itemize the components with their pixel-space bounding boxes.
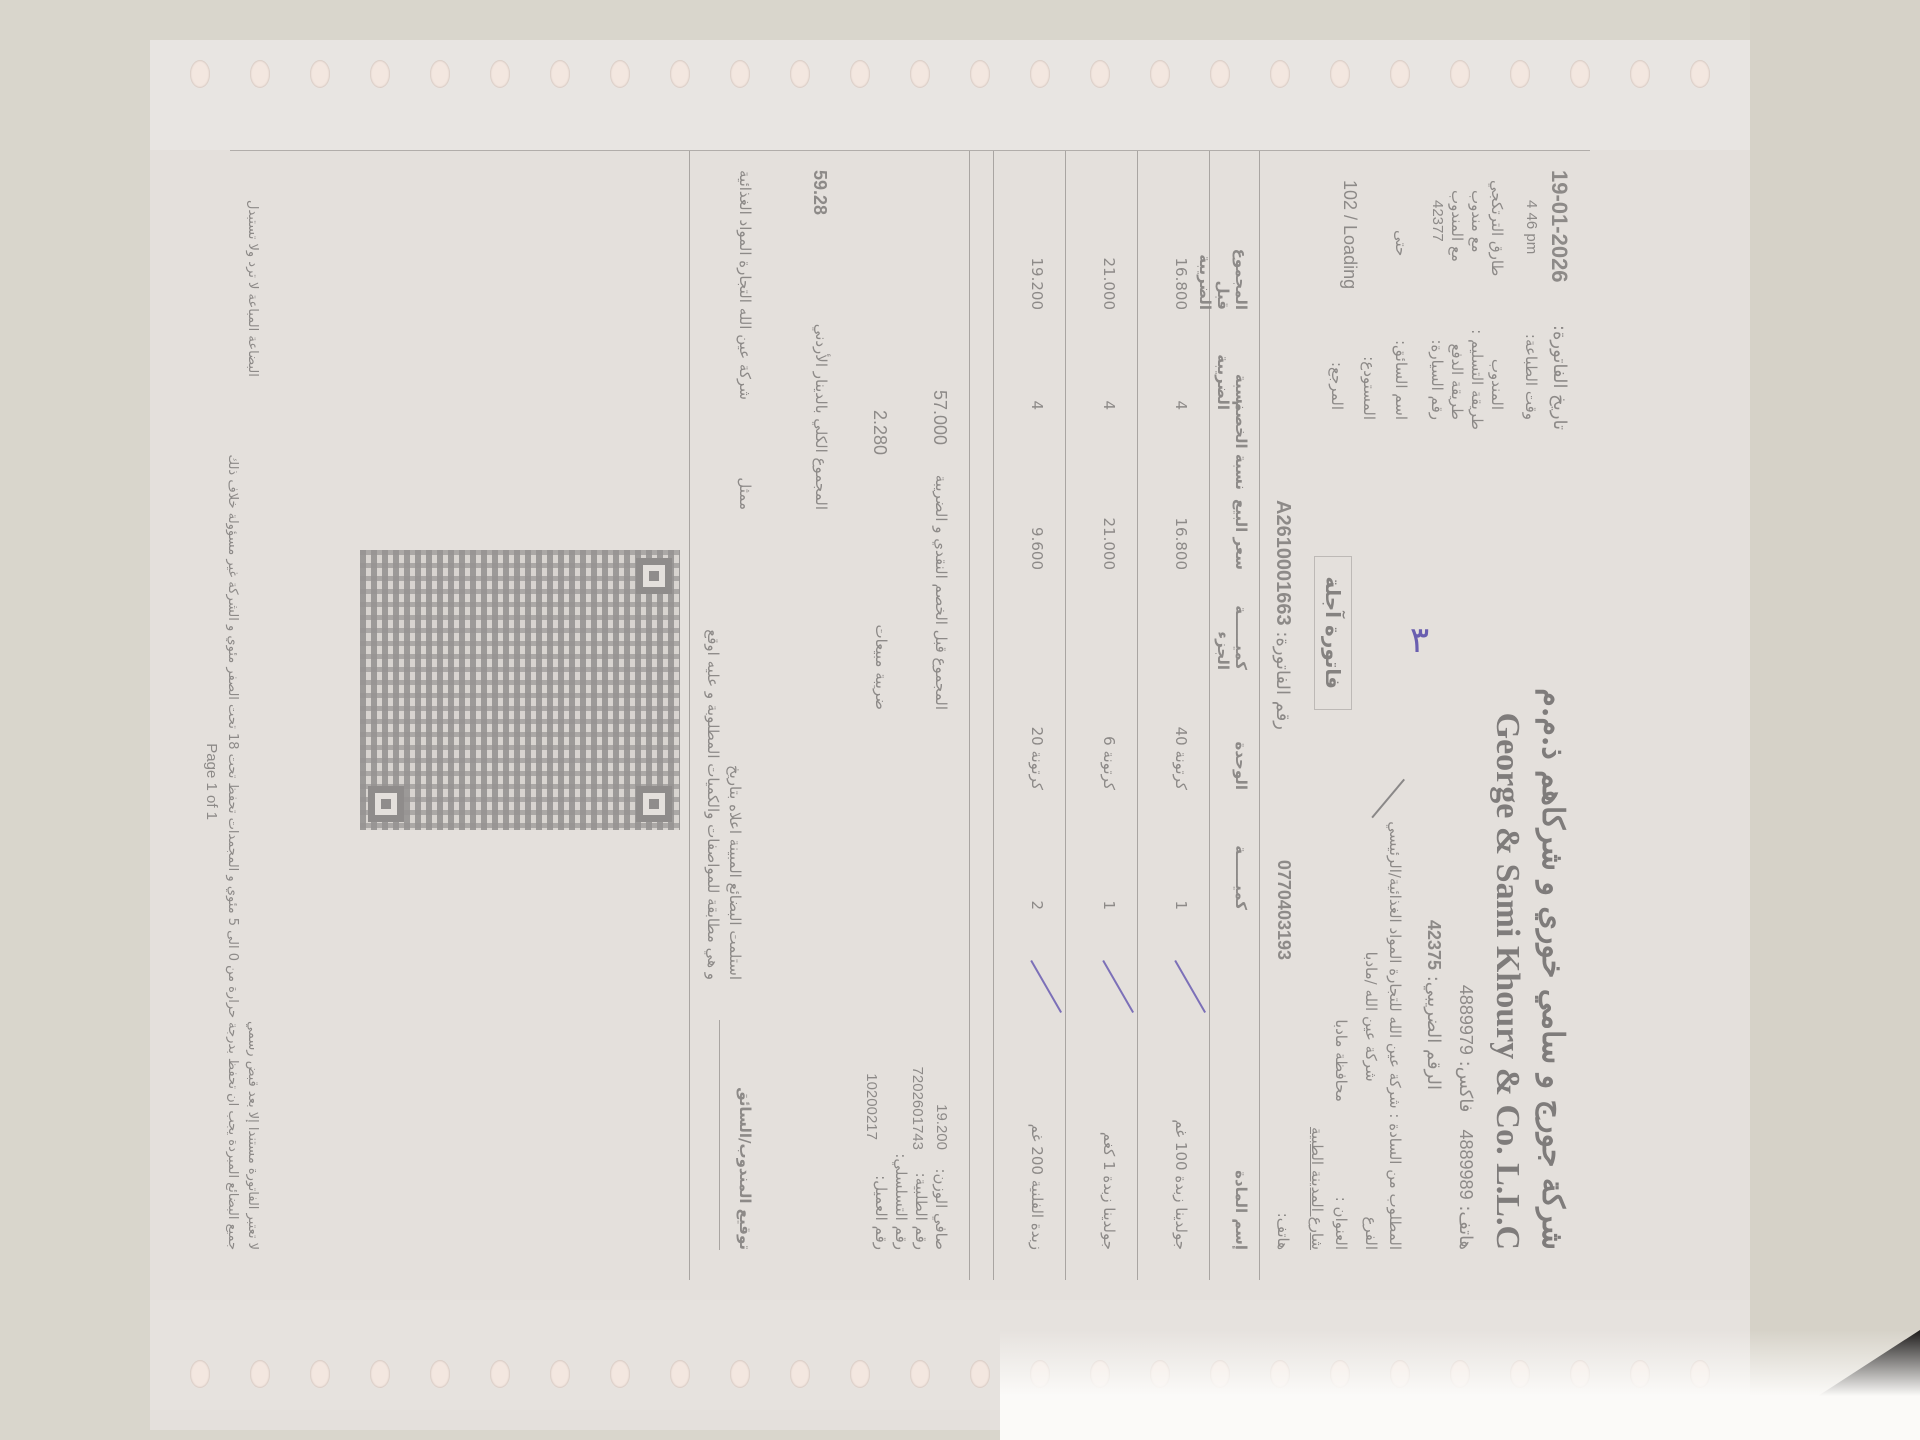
received-text-2: و هي مطابقة للمواصفات والكميات المطلوبة … <box>704 629 722 980</box>
background-wall <box>1750 0 1920 1440</box>
table-top-border <box>1259 150 1260 1280</box>
tractor-hole <box>610 60 630 88</box>
company-fax: 4889979 <box>1456 985 1476 1055</box>
client-no-label: رقم العميل: <box>872 1175 890 1250</box>
sequence-label: رقم التسلسلي: <box>892 1153 910 1250</box>
net-weight-label: صافي الوزن: <box>932 1168 950 1250</box>
cell-total-before-tax: 21.000 <box>1100 258 1118 311</box>
grand-total-label: المجموع الكلي بالدينار الأردني <box>812 324 830 510</box>
driver-label: اسم السائق: <box>1392 340 1410 420</box>
pen-checkmark <box>1174 960 1206 1013</box>
tractor-hole <box>730 60 750 88</box>
payment-method-label: طريقة الدفع <box>1448 343 1466 420</box>
cell-quantity: 1 <box>1172 900 1190 910</box>
tractor-hole <box>490 1360 510 1388</box>
tractor-hole <box>1690 60 1710 88</box>
vehicle-number: 42377 <box>1429 200 1446 242</box>
invoice-date: 19-01-2026 <box>1546 170 1572 283</box>
cell-item-name: جولدينا زبدة 1 كغم <box>1100 1132 1118 1250</box>
tractor-hole <box>850 60 870 88</box>
column-header-quantity: كميــــــة <box>1232 820 1250 910</box>
payment-method: مع المندوب <box>1448 190 1466 262</box>
qr-finder <box>636 786 672 822</box>
tractor-hole <box>910 60 930 88</box>
customer-phone-label: هاتف: <box>1274 1213 1292 1250</box>
warehouse: 102 / Loading <box>1339 180 1360 289</box>
cell-quantity: 2 <box>1028 900 1046 910</box>
tractor-hole <box>1090 60 1110 88</box>
tractor-hole <box>970 1360 990 1388</box>
tractor-hole <box>550 60 570 88</box>
cell-price: 9.600 <box>1028 527 1046 570</box>
column-header-part-qty: كميــــــة الجزء <box>1214 580 1250 670</box>
tractor-hole <box>430 1360 450 1388</box>
cell-total-before-tax: 19.200 <box>1028 258 1046 311</box>
handwritten-mark: ٣ <box>1410 620 1429 661</box>
delivery-method: مع مندوب <box>1468 190 1486 253</box>
tractor-hole <box>1510 60 1530 88</box>
fax-label: فاكس: <box>1455 1061 1476 1113</box>
tractor-hole <box>1630 60 1650 88</box>
footer-note-2: جميع البضائع المبردة يجب ان تحفظ بدرجة ح… <box>225 454 240 1250</box>
tractor-hole <box>1030 60 1050 88</box>
tractor-hole <box>1390 60 1410 88</box>
tractor-hole <box>370 60 390 88</box>
cell-unit: كرتونة 6 <box>1100 736 1118 790</box>
column-header-discount-rate: نسبة الخصم <box>1232 400 1250 490</box>
tractor-hole <box>1210 60 1230 88</box>
tractor-hole <box>1330 60 1350 88</box>
order-no-label: رقم الطلبية: <box>912 1173 930 1250</box>
invoice-type-badge: فاتورة آجلة <box>1314 556 1352 711</box>
tractor-strip-top <box>150 40 1750 150</box>
row-divider <box>993 150 994 1280</box>
tractor-hole <box>1150 60 1170 88</box>
tractor-hole <box>910 1360 930 1388</box>
cell-price: 16.800 <box>1172 518 1190 571</box>
tractor-hole <box>250 60 270 88</box>
cell-price: 21.000 <box>1100 518 1118 571</box>
tractor-hole <box>670 1360 690 1388</box>
invoice-number-value: A2610001663 <box>1272 500 1294 626</box>
grand-total: 59.28 <box>809 170 830 215</box>
invoice-number-label: رقم الفاتورة: <box>1272 631 1293 730</box>
cell-total-before-tax: 16.800 <box>1172 258 1190 311</box>
tractor-hole <box>190 1360 210 1388</box>
branch: الفرع شركة عين الله /مادبا <box>1362 952 1380 1250</box>
customer-sign-label: شركة عين الله التجارة المواد الغذائية <box>736 170 754 400</box>
company-name-en: George & Sami Khoury & Co. L.L.C <box>1488 713 1526 1250</box>
tractor-hole <box>790 60 810 88</box>
reference-label: المرجع: <box>1328 362 1346 410</box>
tractor-hole <box>190 60 210 88</box>
invoice-date-label: تاريخ الفاتورة: <box>1549 325 1570 430</box>
tractor-hole <box>970 60 990 88</box>
print-time-label: وقت الطباعة: <box>1522 334 1540 420</box>
salesman: طارق الترتكجي <box>1488 180 1506 276</box>
requested-from: المطلوب من السادة : شركة عين الله للتجار… <box>1386 821 1404 1250</box>
print-time: 4 46 pm <box>1523 200 1540 254</box>
tractor-hole <box>730 1360 750 1388</box>
tractor-hole <box>790 1360 810 1388</box>
address-label: العنوان : <box>1332 1197 1350 1250</box>
cell-unit: كرتونة 20 <box>1028 727 1046 790</box>
tractor-hole <box>610 1360 630 1388</box>
company-contact: هاتف: 4889989 فاكس: 4889979 <box>1455 985 1476 1250</box>
driver: حتى <box>1392 230 1410 256</box>
requested-from-label: المطلوب من السادة : <box>1386 1113 1404 1250</box>
tractor-hole <box>850 1360 870 1388</box>
tax-number: الرقم الضريبي: 42375 <box>1423 920 1444 1090</box>
tractor-hole <box>1270 60 1290 88</box>
tax-number-value: 42375 <box>1424 920 1444 970</box>
column-header-unit: الوحدة <box>1232 700 1250 790</box>
cell-tax-rate: 4 <box>1028 400 1046 410</box>
pen-checkmark <box>1102 960 1134 1013</box>
qr-finder <box>368 786 404 822</box>
driver-sign-line <box>719 1020 720 1250</box>
phone-label: هاتف: <box>1455 1205 1476 1250</box>
row-divider <box>1065 150 1066 1280</box>
summary-top-border <box>969 150 970 1280</box>
tractor-hole <box>550 1360 570 1388</box>
footer-note-1: لا تعتبر الفاتورة مستندا إلا بعد قبض رسم… <box>245 1021 260 1250</box>
qr-code <box>360 550 680 830</box>
subtotal-label: المجموع قبل الخصم النقدي و الضريبة <box>932 475 950 710</box>
column-header-tax-rate: نسبة الضريبة <box>1214 320 1250 410</box>
client-no: 10200217 <box>863 1073 880 1140</box>
cell-quantity: 1 <box>1100 900 1118 910</box>
company-name-ar: شركة جورج و سامي خوري و شركاهم ذ.م.م <box>1535 688 1570 1250</box>
tax-label: الرقم الضريبي: <box>1423 976 1444 1090</box>
sales-tax: 2.280 <box>869 410 890 455</box>
stamp-label: ممثل <box>736 477 754 510</box>
requested-from-value: شركة عين الله للتجارة المواد الغذائية/ال… <box>1386 821 1404 1108</box>
column-header-total-before-tax: المجموع قبل الضريبة <box>1196 220 1250 310</box>
page-number: Page 1 of 1 <box>203 743 220 820</box>
tractor-hole <box>250 1360 270 1388</box>
column-header-item-name: إسم المادة <box>1232 1160 1250 1250</box>
order-no: 7202601743 <box>909 1067 926 1150</box>
page-left-border <box>230 150 1590 151</box>
tractor-hole <box>310 60 330 88</box>
signature-bottom-border <box>689 150 690 1280</box>
delivery-method-label: طريقة التسليم : <box>1468 329 1486 430</box>
cell-tax-rate: 4 <box>1172 400 1190 410</box>
cell-unit: كرتونة 40 <box>1172 727 1190 790</box>
pen-checkmark <box>1030 960 1062 1013</box>
invoice-number: رقم الفاتورة: A2610001663 <box>1271 500 1294 730</box>
table-header-border <box>1209 150 1210 1280</box>
footer-note-3: البضاعة المباعة لا ترد ولا تستبدل <box>245 200 260 377</box>
subtotal: 57.000 <box>929 390 950 445</box>
company-phone: 4889989 <box>1456 1130 1476 1200</box>
branch-label: الفرع <box>1362 1216 1380 1250</box>
sales-tax-label: ضريبة مبيعات <box>872 624 890 710</box>
customer-phone: 0770403193 <box>1273 860 1294 960</box>
tractor-hole <box>670 60 690 88</box>
staple <box>1371 779 1405 819</box>
light-glare <box>1000 1330 1920 1440</box>
net-weight: 19.200 <box>933 1104 950 1150</box>
invoice-page: شركة جورج و سامي خوري و شركاهم ذ.م.م Geo… <box>150 140 1590 1290</box>
column-header-price: سعر البيع <box>1232 480 1250 570</box>
address-city: محافظة مادبا <box>1332 1019 1350 1102</box>
driver-sign-label: توقيع المندوب/السائق <box>736 1087 754 1250</box>
cell-item-name: زبدة الفلنية 200 غم <box>1028 1124 1046 1250</box>
branch-value: شركة عين الله /مادبا <box>1362 952 1380 1082</box>
tractor-hole <box>310 1360 330 1388</box>
salesman-label: المندوب <box>1488 359 1506 410</box>
received-text-1: استلمت البضائع المبينة اعلاه بتاريخ <box>726 765 744 980</box>
address: العنوان : محافظة مادبا <box>1332 1019 1350 1250</box>
cell-item-name: جولدينا زبدة 100 غم <box>1172 1119 1190 1250</box>
tractor-hole <box>1570 60 1590 88</box>
tractor-hole <box>490 60 510 88</box>
warehouse-label: المستودع: <box>1360 356 1378 420</box>
vehicle-label: رقم السيارة: <box>1428 339 1446 420</box>
address-street: شارع المدينة الطبية <box>1308 1127 1326 1250</box>
tractor-hole <box>430 60 450 88</box>
qr-finder <box>636 558 672 594</box>
tractor-hole <box>370 1360 390 1388</box>
tractor-hole <box>1450 60 1470 88</box>
cell-tax-rate: 4 <box>1100 400 1118 410</box>
row-divider <box>1137 150 1138 1280</box>
